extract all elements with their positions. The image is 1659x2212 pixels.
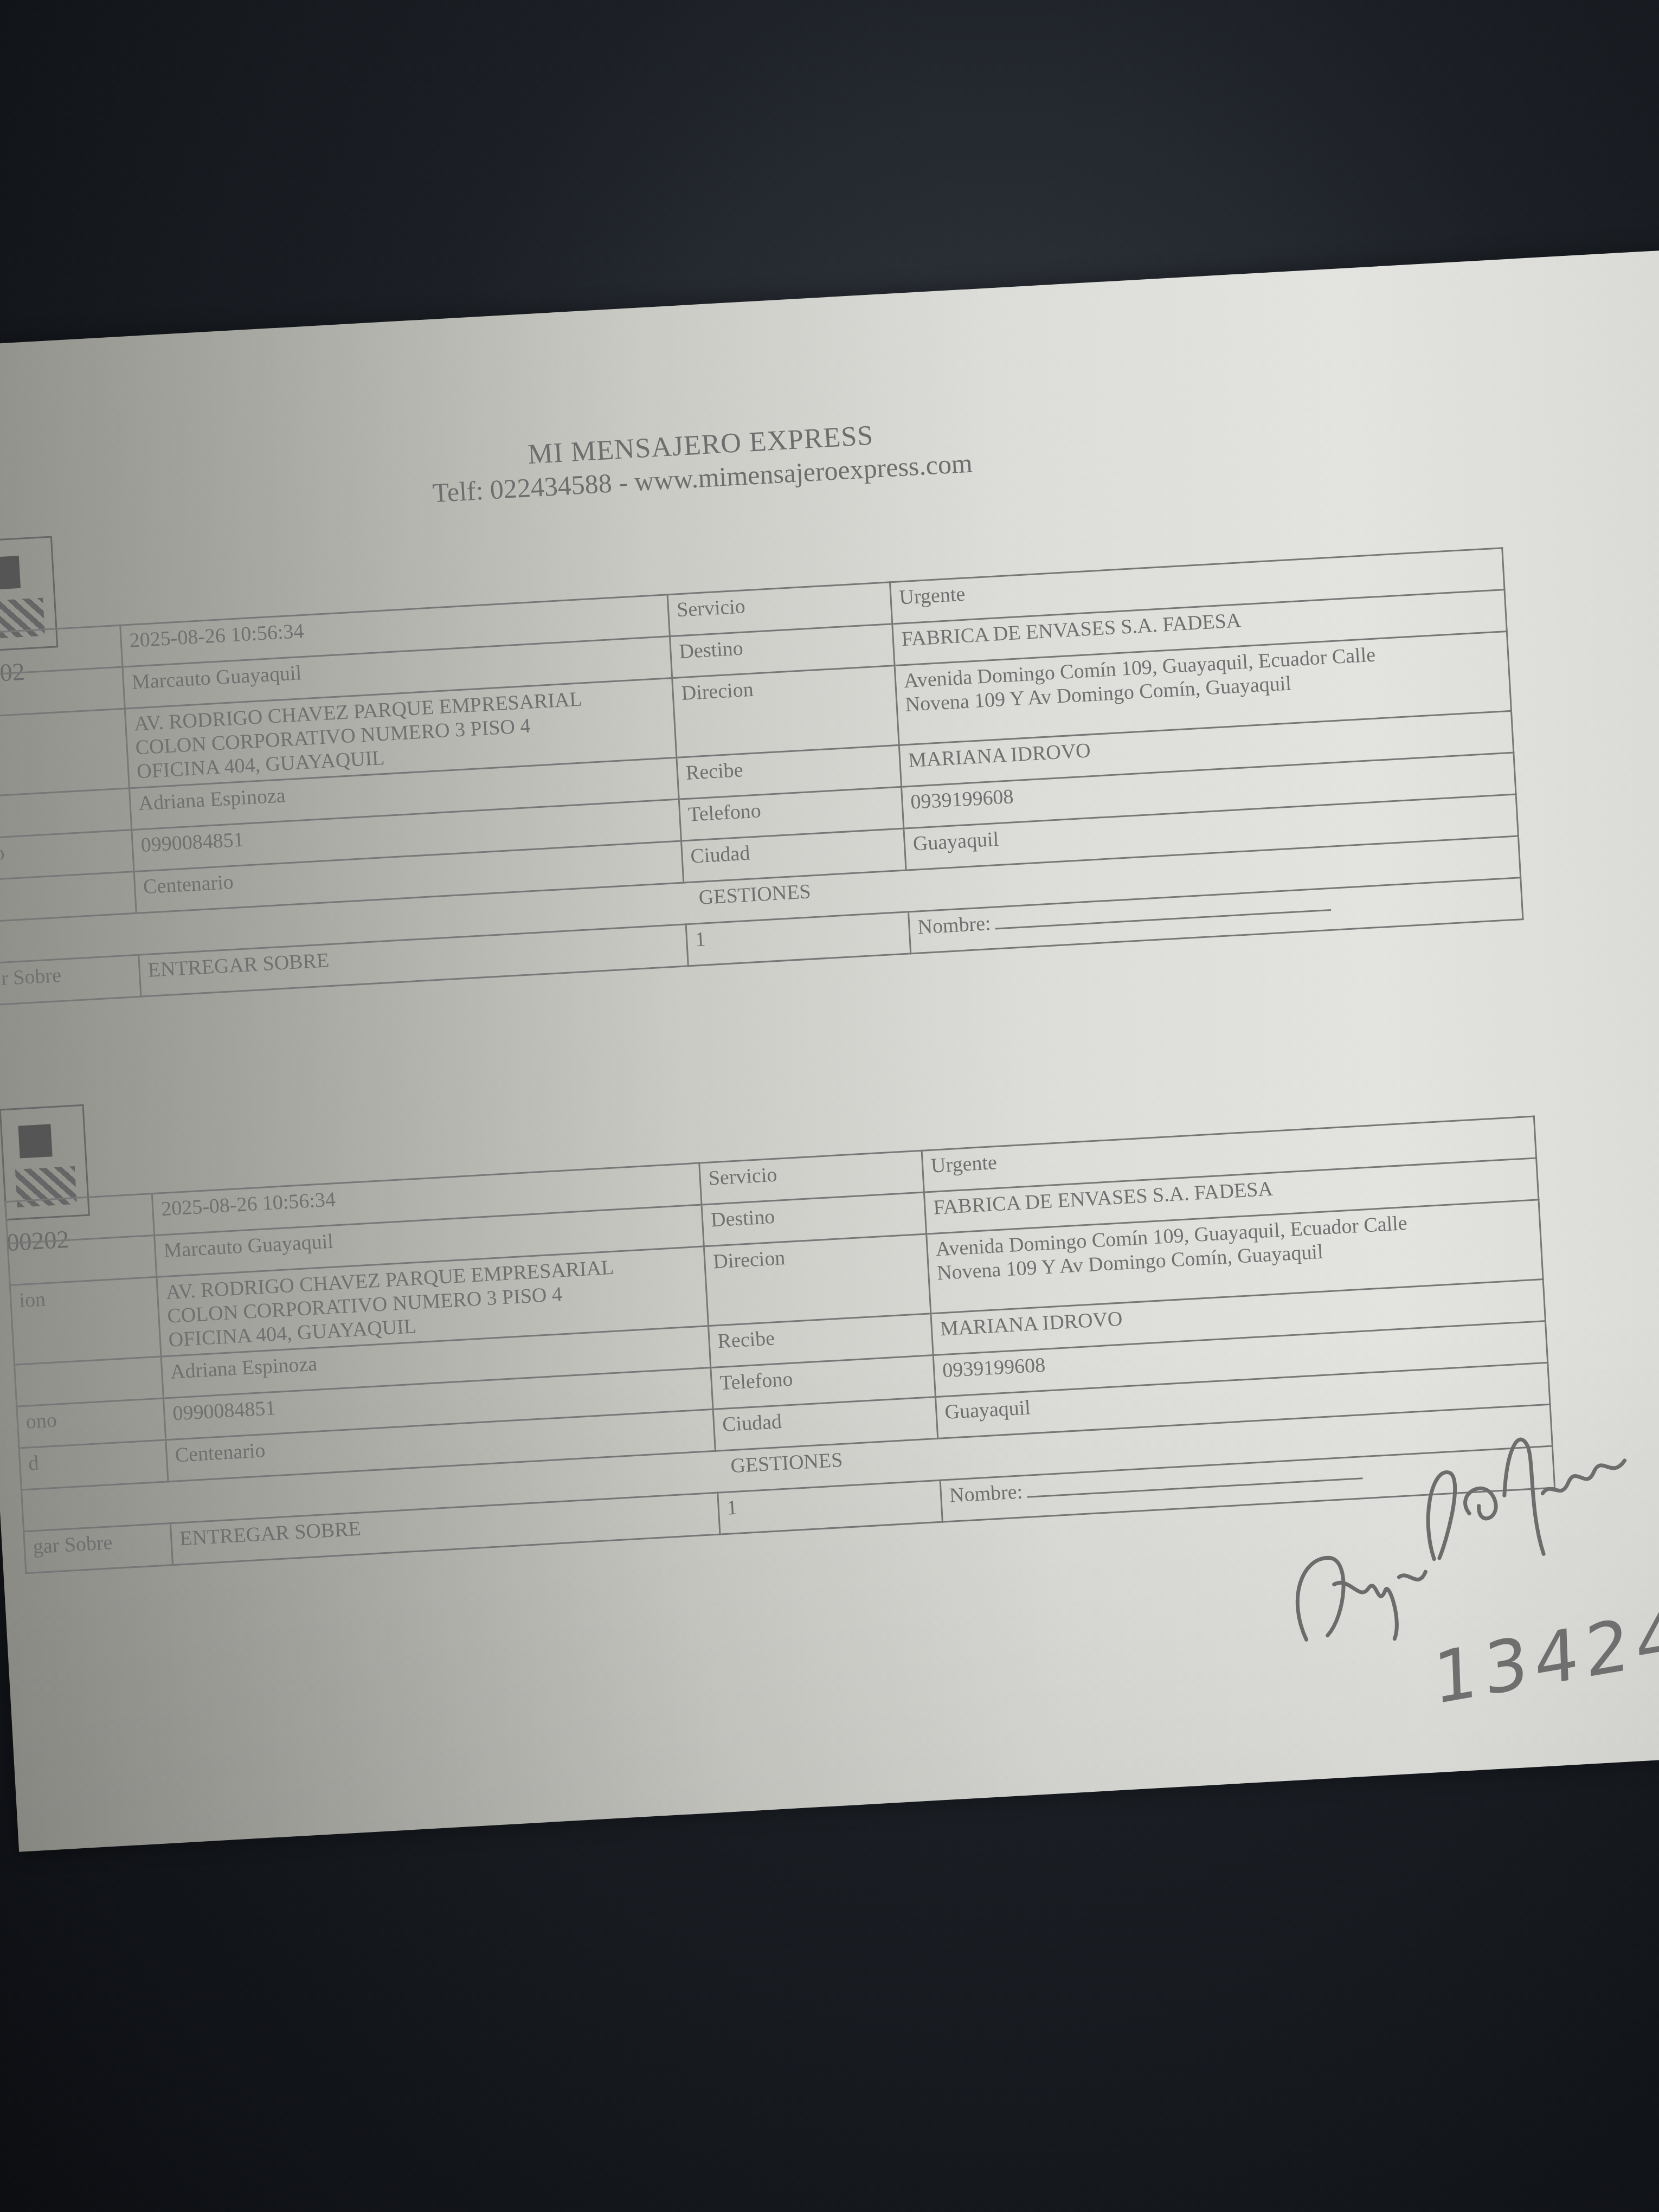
signature-label: Nombre: [917, 912, 991, 938]
gestion-type: r Sobre [0, 955, 141, 1005]
field-label: Direcion [672, 666, 899, 758]
delivery-form-copy-1: 0202 2025-08-26 10:56:34 Servicio Urgent… [0, 484, 1572, 573]
field-label: Direcion [704, 1234, 931, 1326]
shipment-table: 2025-08-26 10:56:34 Servicio Urgente Mar… [0, 547, 1524, 1006]
field-label: n [0, 709, 129, 796]
delivery-slip-paper: MI MENSAJERO EXPRESS Telf: 022434588 - w… [0, 249, 1659, 1852]
signature-label: Nombre: [949, 1480, 1023, 1507]
document-header: MI MENSAJERO EXPRESS Telf: 022434588 - w… [321, 408, 1082, 515]
gestion-type: gar Sobre [24, 1523, 173, 1573]
delivery-form-copy-2: 00202 2025-08-26 10:56:34 Servicio Urgen… [4, 1101, 1606, 1190]
field-label: ion [10, 1277, 161, 1365]
